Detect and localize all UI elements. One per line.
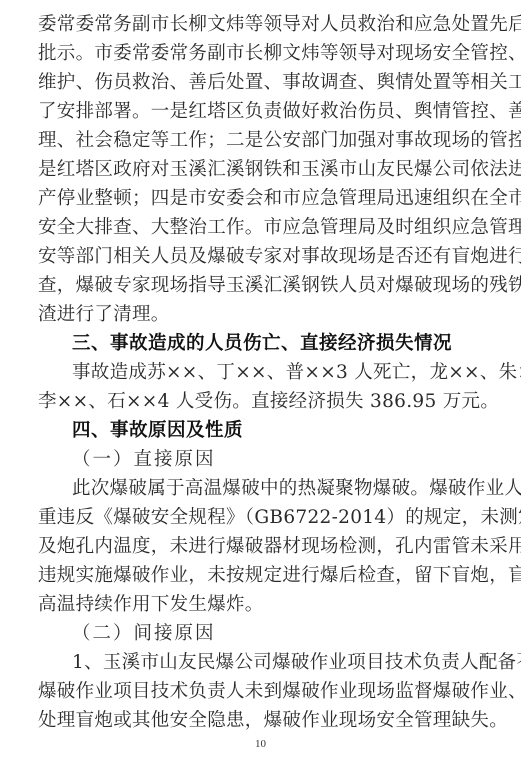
subsection-heading-indirect-cause: （二）间接原因: [72, 619, 506, 648]
paragraph-line: 1、玉溪市山友民爆公司爆破作业项目技术负责人配备不足，: [72, 648, 506, 677]
paragraph-line: 查，爆破专家现场指导玉溪汇溪钢铁人员对爆破现场的残铁、炉: [38, 271, 506, 300]
paragraph-line: 批示。市委常委常务副市长柳文炜等领导对现场安全管控、秩序: [38, 39, 506, 68]
paragraph-line: 是红塔区政府对玉溪汇溪钢铁和玉溪市山友民爆公司依法进行停: [38, 155, 506, 184]
paragraph-line: 安全大排查、大整治工作。市应急管理局及时组织应急管理、公: [38, 213, 506, 242]
document-page: 委常委常务副市长柳文炜等领导对人员救治和应急处置先后做出 批示。市委常委常务副市…: [0, 0, 521, 775]
paragraph-line: 安等部门相关人员及爆破专家对事故现场是否还有盲炮进行排: [38, 242, 506, 271]
paragraph-line: 及炮孔内温度，未进行爆破器材现场检测，孔内雷管未采用双发，: [38, 532, 506, 561]
paragraph-line: 维护、伤员救治、善后处置、事故调查、舆情处置等相关工作作: [38, 68, 506, 97]
paragraph-line: 渣进行了清理。: [38, 300, 506, 329]
paragraph-line: 理、社会稳定等工作；二是公安部门加强对事故现场的管控；三: [38, 126, 506, 155]
paragraph-line: 李××、石××4 人受伤。直接经济损失 386.95 万元。: [38, 387, 506, 416]
paragraph-line: 违规实施爆破作业，未按规定进行爆后检查，留下盲炮，盲炮在: [38, 561, 506, 590]
paragraph-line: 此次爆破属于高温爆破中的热凝聚物爆破。爆破作业人员严: [72, 474, 506, 503]
paragraph-line: 爆破作业项目技术负责人未到爆破作业现场监督爆破作业、组织: [38, 677, 506, 706]
paragraph-line: 高温持续作用下发生爆炸。: [38, 590, 506, 619]
paragraph-line: 事故造成苏××、丁××、普××3 人死亡，龙××、朱××、: [72, 358, 506, 387]
paragraph-line: 产停业整顿；四是市安委会和市应急管理局迅速组织在全市开展: [38, 184, 506, 213]
section-heading-cause-nature: 四、事故原因及性质: [72, 416, 506, 445]
paragraph-line: 处理盲炮或其他安全隐患，爆破作业现场安全管理缺失。: [38, 706, 506, 735]
paragraph-line: 重违反《爆破安全规程》（GB6722-2014）的规定，未测定工作面: [38, 503, 506, 532]
page-number: 10: [0, 738, 521, 750]
section-heading-casualties-losses: 三、事故造成的人员伤亡、直接经济损失情况: [72, 329, 506, 358]
subsection-heading-direct-cause: （一）直接原因: [72, 445, 506, 474]
paragraph-line: 委常委常务副市长柳文炜等领导对人员救治和应急处置先后做出: [38, 10, 506, 39]
paragraph-line: 了安排部署。一是红塔区负责做好救治伤员、舆情管控、善后处: [38, 97, 506, 126]
